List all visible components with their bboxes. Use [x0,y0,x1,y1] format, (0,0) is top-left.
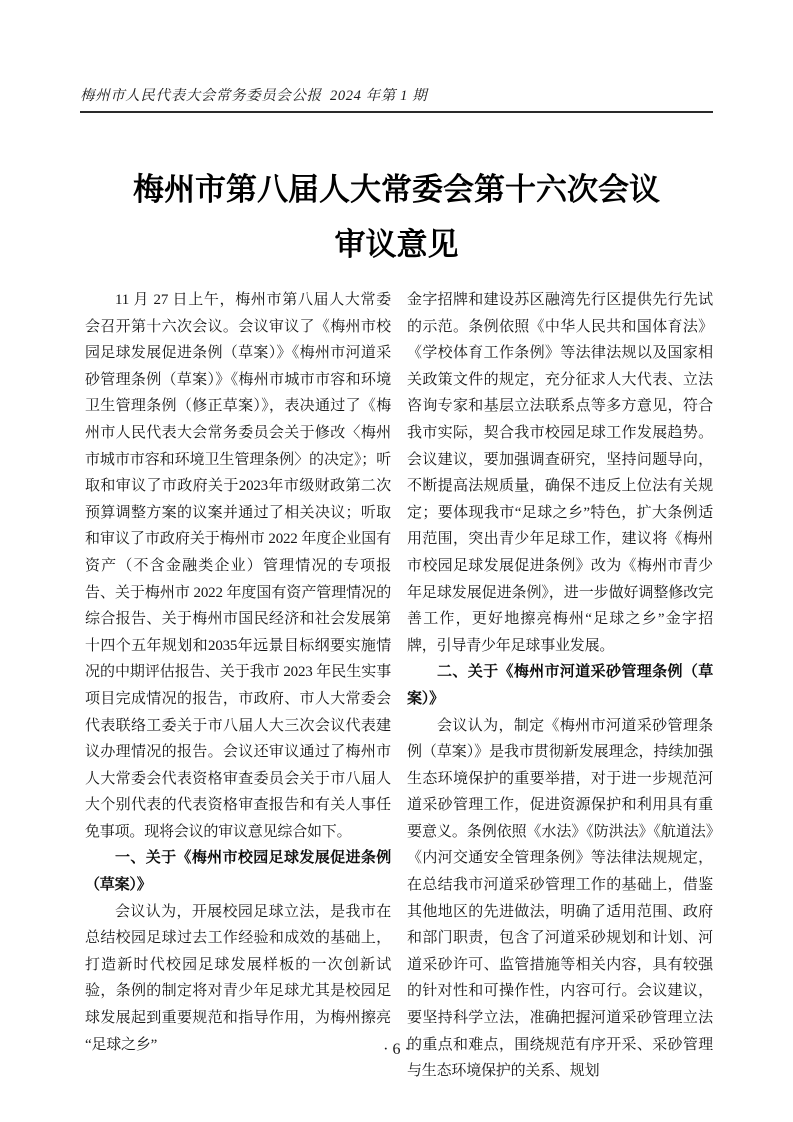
section-heading-2: 二、关于《梅州市河道采砂管理条例（草案）》 [407,659,713,712]
paragraph-section1-continued: 金字招牌和建设苏区融湾先行区提供先行先试的示范。条例依照《中华人民共和国体育法》… [407,287,713,659]
header-rule-divider [80,111,713,113]
left-column: 11 月 27 日上午，梅州市第八届人大常委会召开第十六次会议。会议审议了《梅州… [85,287,391,1058]
paragraph-section1-start: 会议认为，开展校园足球立法，是我市在总结校园足球过去工作经验和成效的基础上，打造… [85,899,391,1059]
document-title-line1: 梅州市第八届人大常委会第十六次会议 [0,162,793,217]
running-header-text: 梅州市人民代表大会常务委员会公报 2024 年第 1 期 [80,84,427,105]
paragraph-meeting-summary: 11 月 27 日上午，梅州市第八届人大常委会召开第十六次会议。会议审议了《梅州… [85,287,391,845]
gazette-page: 梅州市人民代表大会常务委员会公报 2024 年第 1 期 梅州市第八届人大常委会… [0,0,793,1122]
right-column: 金字招牌和建设苏区融湾先行区提供先行先试的示范。条例依照《中华人民共和国体育法》… [407,287,713,1085]
document-title-line2: 审议意见 [0,217,793,272]
document-title: 梅州市第八届人大常委会第十六次会议 审议意见 [0,162,793,272]
page-number: · 6 · [0,1041,793,1059]
section-heading-1: 一、关于《梅州市校园足球发展促进条例（草案）》 [85,845,391,898]
paragraph-section2: 会议认为，制定《梅州市河道采砂管理条例（草案）》是我市贯彻新发展理念，持续加强生… [407,713,713,1085]
